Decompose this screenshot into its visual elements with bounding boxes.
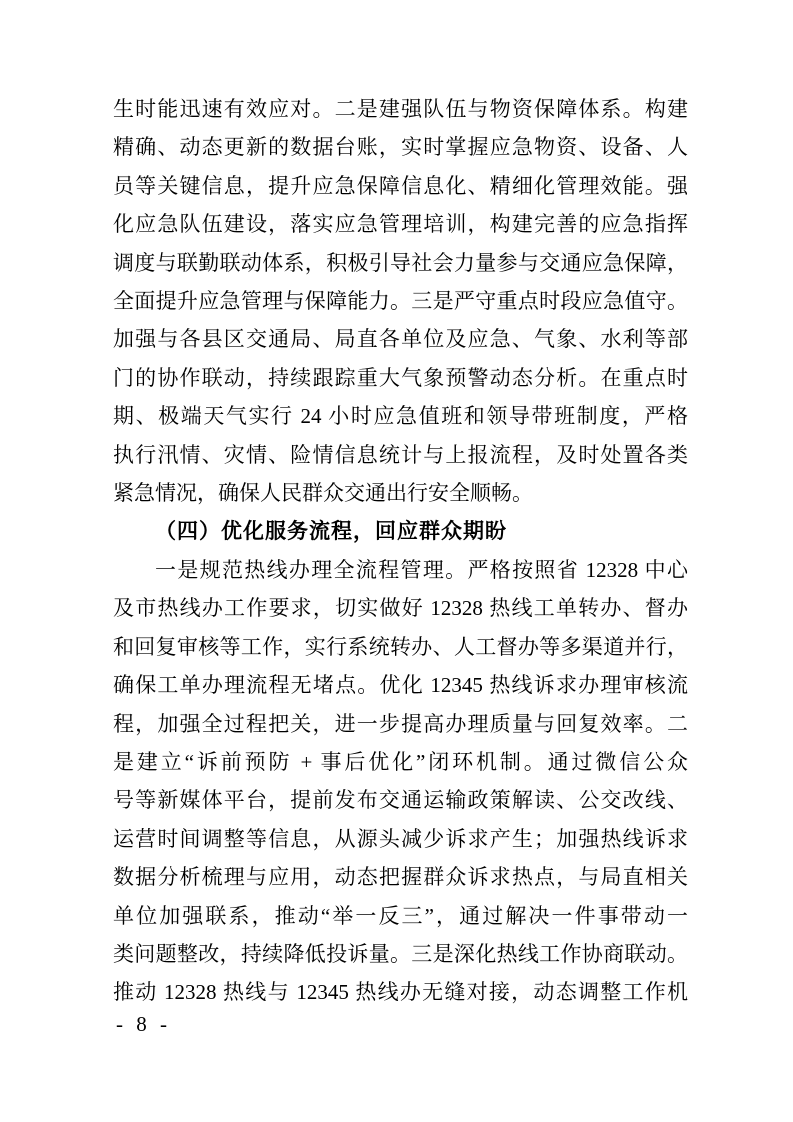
text-line: 类问题整改，持续降低投诉量。三是深化热线工作协商联动。 (113, 935, 688, 973)
text-line: 和回复审核等工作，实行系统转办、人工督办等多渠道并行， (113, 628, 688, 666)
section-heading: （四）优化服务流程，回应群众期盼 (113, 512, 688, 550)
text-line: 是建立“诉前预防 + 事后优化”闭环机制。通过微信公众 (113, 743, 688, 781)
text-line: 生时能迅速有效应对。二是建强队伍与物资保障体系。构建 (113, 90, 688, 128)
text-line: 期、极端天气实行 24 小时应急值班和领导带班制度，严格 (113, 397, 688, 435)
text-line: 号等新媒体平台，提前发布交通运输政策解读、公交改线、 (113, 781, 688, 819)
text-line: 单位加强联系，推动“举一反三”，通过解决一件事带动一 (113, 897, 688, 935)
text-line: 程，加强全过程把关，进一步提高办理质量与回复效率。二 (113, 705, 688, 743)
text-line: 确保工单办理流程无堵点。优化 12345 热线诉求办理审核流 (113, 666, 688, 704)
document-page: 生时能迅速有效应对。二是建强队伍与物资保障体系。构建 精确、动态更新的数据台账，… (0, 0, 793, 1122)
text-line: 化应急队伍建设，落实应急管理培训，构建完善的应急指挥 (113, 205, 688, 243)
text-line: 运营时间调整等信息，从源头减少诉求产生；加强热线诉求 (113, 820, 688, 858)
text-line: 及市热线办工作要求，切实做好 12328 热线工单转办、督办 (113, 589, 688, 627)
page-number: - 8 - (116, 1012, 171, 1037)
text-line: 推动 12328 热线与 12345 热线办无缝对接，动态调整工作机 (113, 973, 688, 1011)
text-line: 精确、动态更新的数据台账，实时掌握应急物资、设备、人 (113, 128, 688, 166)
text-line: 加强与各县区交通局、局直各单位及应急、气象、水利等部 (113, 320, 688, 358)
text-line: 员等关键信息，提升应急保障信息化、精细化管理效能。强 (113, 167, 688, 205)
text-line: 数据分析梳理与应用，动态把握群众诉求热点，与局直相关 (113, 858, 688, 896)
text-line: 一是规范热线办理全流程管理。严格按照省 12328 中心 (113, 551, 688, 589)
text-line: 门的协作联动，持续跟踪重大气象预警动态分析。在重点时 (113, 359, 688, 397)
text-line: 执行汛情、灾情、险情信息统计与上报流程，及时处置各类 (113, 436, 688, 474)
text-line: 紧急情况，确保人民群众交通出行安全顺畅。 (113, 474, 688, 512)
text-line: 调度与联勤联动体系，积极引导社会力量参与交通应急保障， (113, 244, 688, 282)
document-body: 生时能迅速有效应对。二是建强队伍与物资保障体系。构建 精确、动态更新的数据台账，… (113, 90, 688, 1012)
text-line: 全面提升应急管理与保障能力。三是严守重点时段应急值守。 (113, 282, 688, 320)
